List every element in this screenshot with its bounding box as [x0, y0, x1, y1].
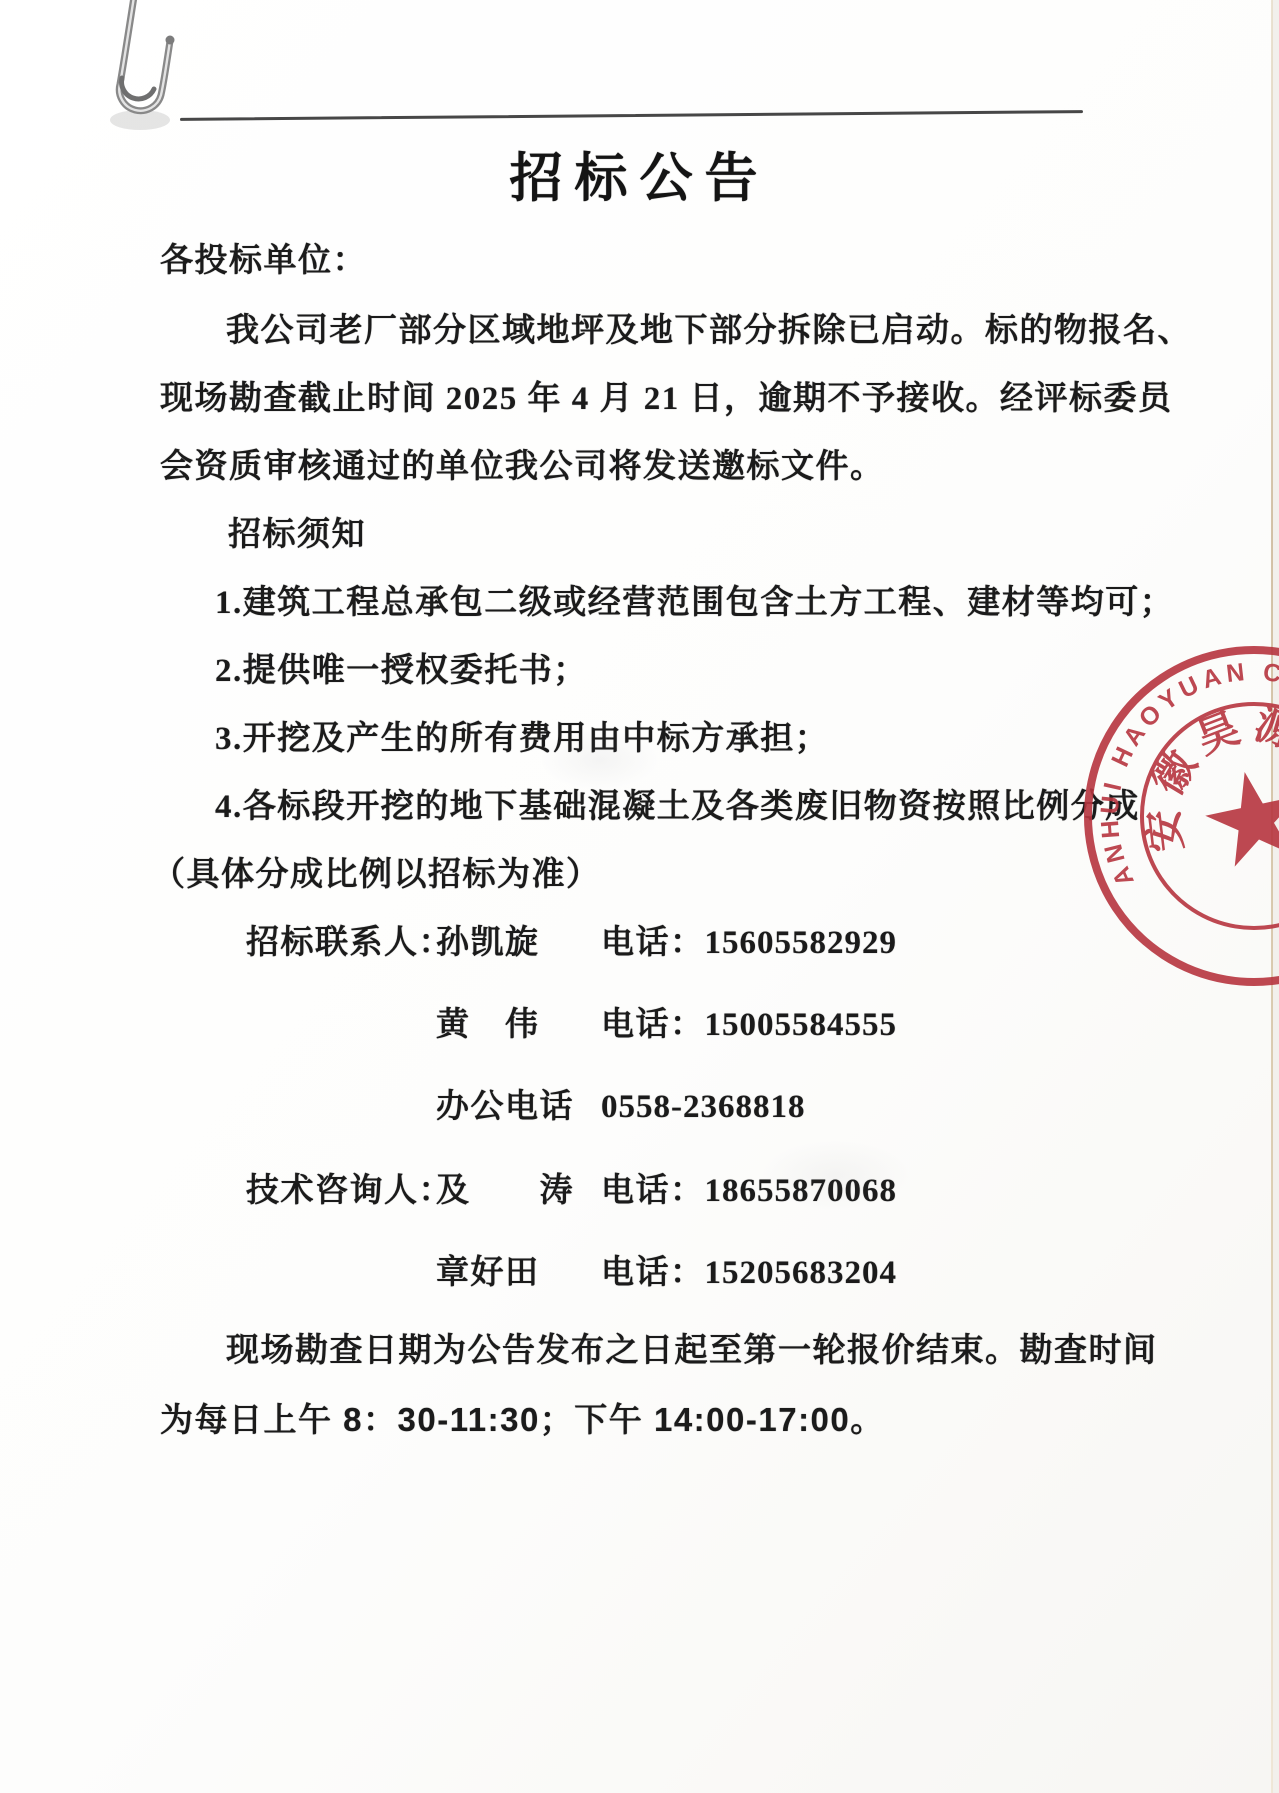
- closing-line2: 为每日上午 8：30-11:30；下午 14:00-17:00。: [160, 1394, 885, 1441]
- contact-name: 及 涛: [436, 1164, 601, 1211]
- contact-row: 招标联系人：孙凯旋电话：15605582929: [246, 916, 897, 963]
- phone-number: 15205683204: [705, 1255, 898, 1291]
- paragraph1-line3: 会资质审核通过的单位我公司将发送邀标文件。: [160, 440, 885, 487]
- phone-number: 15605582929: [705, 925, 898, 961]
- contact-name: 章好田: [436, 1246, 601, 1293]
- scanned-document-page: 招标公告 各投标单位： 我公司老厂部分区域地坪及地下部分拆除已启动。标的物报名、…: [0, 0, 1279, 1793]
- paragraph1-line1: 我公司老厂部分区域地坪及地下部分拆除已启动。标的物报名、: [226, 304, 1192, 351]
- phone-number: 0558-2368818: [601, 1089, 806, 1125]
- contact-label: 技术咨询人：: [246, 1164, 436, 1211]
- page-title: 招标公告: [0, 136, 1279, 212]
- notice-item-1: 1.建筑工程总承包二级或经营范围包含土方工程、建材等均可；: [215, 576, 1174, 623]
- notice-item-3: 3.开挖及产生的所有费用由中标方承担；: [215, 712, 829, 759]
- salutation: 各投标单位：: [160, 234, 367, 281]
- phone-label: 电话：: [601, 998, 705, 1045]
- phone-number: 18655870068: [705, 1173, 898, 1209]
- closing-line2-text: 为每日上午 8：30-11:30；下午 14:00-17:00。: [160, 1401, 885, 1438]
- notice-item-2: 2.提供唯一授权委托书；: [215, 644, 588, 691]
- stamp-star: [1198, 762, 1279, 870]
- paragraph1-line2: 现场勘查截止时间 2025 年 4 月 21 日，逾期不予接收。经评标委员: [160, 372, 1173, 419]
- notice-item-4: 4.各标段开挖的地下基础混凝土及各类废旧物资按照比例分成: [215, 780, 1140, 827]
- paperclip: [84, 0, 214, 152]
- contact-row: 办公电话0558-2368818: [246, 1080, 806, 1127]
- phone-number: 15005584555: [705, 1007, 898, 1043]
- closing-line1: 现场勘查日期为公告发布之日起至第一轮报价结束。勘查时间: [226, 1324, 1158, 1371]
- phone-label: 电话：: [601, 916, 705, 963]
- company-stamp: ANHUI HAOYUAN CHEMICAL 安徽昊源化工集团: [1078, 640, 1279, 992]
- notice-heading: 招标须知: [228, 508, 366, 555]
- note-line: （具体分成比例以招标为准）: [152, 848, 601, 895]
- phone-label: 电话：: [601, 1246, 705, 1293]
- contact-label: 招标联系人：: [246, 916, 436, 963]
- contact-row: 技术咨询人：及 涛电话：18655870068: [246, 1164, 897, 1211]
- contact-name: 孙凯旋: [436, 916, 601, 963]
- phone-label: 电话：: [601, 1164, 705, 1211]
- contact-name: 黄 伟: [436, 998, 601, 1045]
- contact-row: 黄 伟电话：15005584555: [246, 998, 897, 1045]
- contact-row: 章好田电话：15205683204: [246, 1246, 897, 1293]
- horizontal-rule: [180, 110, 1083, 121]
- contact-name: 办公电话: [436, 1080, 601, 1127]
